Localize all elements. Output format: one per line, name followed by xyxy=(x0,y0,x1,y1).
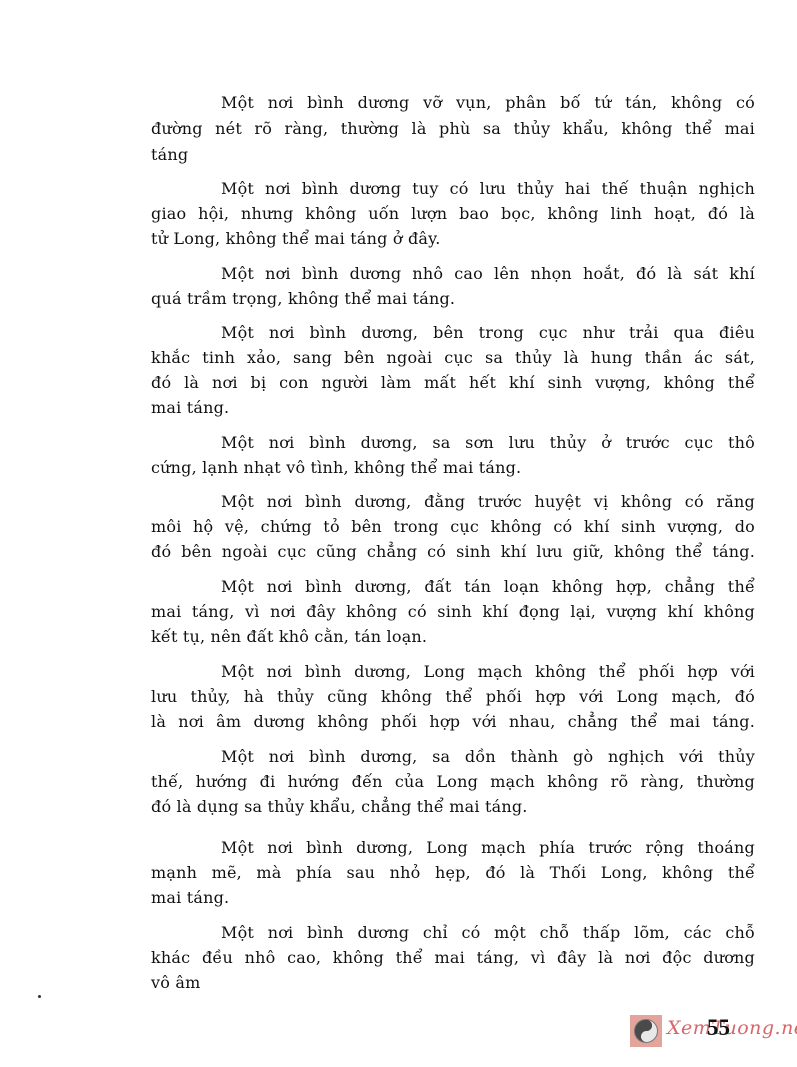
text-line: Một nơi bình dương chỉ có một chỗ thấp l… xyxy=(221,923,755,943)
text-line: tử Long, không thể mai táng ở đây. xyxy=(151,229,755,249)
page-number: 55 xyxy=(707,1015,730,1041)
text-line: môi hộ vệ, chứng tỏ bên trong cục không … xyxy=(151,517,755,537)
text-line: quá trầm trọng, không thể mai táng. xyxy=(151,289,755,309)
text-line: mai táng, vì nơi đây không có sinh khí đ… xyxy=(151,602,755,622)
text-line: khắc tinh xảo, sang bên ngoài cục sa thủ… xyxy=(151,348,755,368)
watermark-text: XemTuong.net xyxy=(667,1017,797,1039)
text-line: cứng, lạnh nhạt vô tình, không thể mai t… xyxy=(151,458,755,478)
text-line: Một nơi bình dương, sa sơn lưu thủy ở tr… xyxy=(221,433,755,453)
text-line: Một nơi bình dương, đằng trước huyệt vị … xyxy=(221,492,755,512)
text-line: Một nơi bình dương tuy có lưu thủy hai t… xyxy=(221,179,755,199)
text-line: đó là nơi bị con người làm mất hết khí s… xyxy=(151,373,755,393)
text-line: mai táng. xyxy=(151,398,755,418)
text-line: đường nét rõ ràng, thường là phù sa thủy… xyxy=(151,119,755,139)
text-line: Một nơi bình dương vỡ vụn, phân bố tứ tá… xyxy=(221,93,755,113)
text-line: là nơi âm dương không phối hợp với nhau,… xyxy=(151,712,755,732)
text-line: táng xyxy=(151,145,755,165)
text-line: Một nơi bình dương, bên trong cục như tr… xyxy=(221,323,755,343)
text-line: đó là dụng sa thủy khẩu, chẳng thể mai t… xyxy=(151,797,755,817)
page-footer: XemTuong.net 55 xyxy=(630,1013,790,1049)
text-line: đó bên ngoài cục cũng chẳng có sinh khí … xyxy=(151,542,755,562)
text-line: giao hội, nhưng không uốn lượn bao bọc, … xyxy=(151,204,755,224)
text-line: kết tụ, nên đất khô cằn, tán loạn. xyxy=(151,627,755,647)
text-line: Một nơi bình dương, Long mạch không thể … xyxy=(221,662,755,682)
scan-speck xyxy=(38,995,41,998)
text-line: Một nơi bình dương nhô cao lên nhọn hoắt… xyxy=(221,264,755,284)
text-line: thế, hướng đi hướng đến của Long mạch kh… xyxy=(151,772,755,792)
yin-yang-icon xyxy=(634,1019,658,1043)
text-line: Một nơi bình dương, đất tán loạn không h… xyxy=(221,577,755,597)
book-page: Một nơi bình dương vỡ vụn, phân bố tứ tá… xyxy=(0,0,797,1067)
text-line: Một nơi bình dương, Long mạch phía trước… xyxy=(221,838,755,858)
text-line: mai táng. xyxy=(151,888,755,908)
watermark-logo xyxy=(630,1015,662,1047)
text-line: mạnh mẽ, mà phía sau nhỏ hẹp, đó là Thối… xyxy=(151,863,755,883)
text-line: khác đều nhô cao, không thể mai táng, vì… xyxy=(151,948,755,968)
text-line: vô âm xyxy=(151,973,755,993)
text-line: lưu thủy, hà thủy cũng không thể phối hợ… xyxy=(151,687,755,707)
text-line: Một nơi bình dương, sa dồn thành gò nghị… xyxy=(221,747,755,767)
